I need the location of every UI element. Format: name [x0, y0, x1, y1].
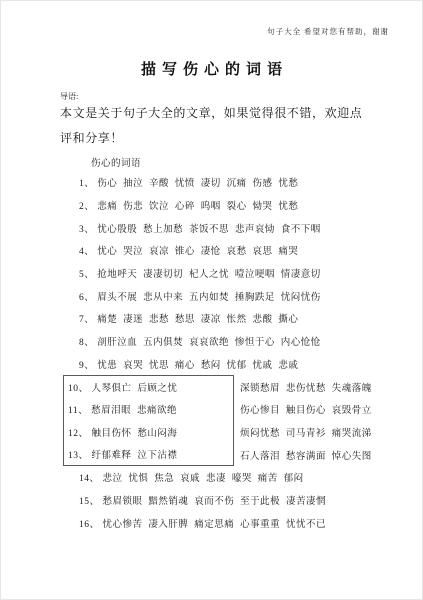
- list-item: 11、愁眉泪眼 悲痛欲绝伤心惨目 触目伤心 哀毁骨立: [63, 398, 414, 421]
- item-text: 抢地呼天 凄凄切切 杞人之忧 噎泣哽咽 情凄意切: [97, 266, 321, 280]
- item-number: 9、: [79, 357, 94, 371]
- list-item: 7、痛楚 凄迷 悲愁 愁思 凄凉 怅然 悲酸 撕心: [63, 307, 414, 330]
- list-item: 6、眉头不展 悲从中来 五内如焚 捶胸跌足 忧闷忧伤: [63, 284, 414, 307]
- item-number: 15、: [79, 493, 100, 507]
- list-item: 14、悲泣 忧惧 焦急 哀戚 悲凄 嚎哭 痛苦 郁闷: [63, 466, 414, 489]
- item-text: 痛楚 凄迷 悲愁 愁思 凄凉 怅然 悲酸 撕心: [97, 311, 298, 325]
- list-item: 8、剖肝泣血 五内俱焚 哀哀欲绝 惨怛于心 内心怆怆: [63, 330, 414, 353]
- item-text: 忧心惨苦 凄入肝脾 痛定思痛 心事重重 忧忧不已: [103, 516, 327, 530]
- item-number: 3、: [79, 221, 94, 235]
- item-text: 愁眉锁眼 黯然销魂 哀而不伤 至于此极 凄苦凄惘: [103, 493, 327, 507]
- item-number: 12、: [68, 425, 89, 439]
- boxed-segment: 10、人琴俱亡 后顾之忧: [63, 375, 234, 398]
- item-number: 16、: [79, 516, 100, 530]
- item-text: 伤心惨目 触目伤心 哀毁骨立: [240, 402, 372, 416]
- item-number: 7、: [79, 311, 94, 325]
- list-item: 3、忧心殷殷 愁上加愁 茶饭不思 悲声哀恸 食不下咽: [63, 216, 414, 239]
- list-item: 1、伤心 抽泣 辛酸 忧愤 凄切 沉痛 伤感 忧愁: [63, 171, 414, 194]
- item-number: 4、: [79, 243, 94, 257]
- intro-text-line-2: 评和分享！: [60, 129, 123, 146]
- item-number: 8、: [79, 334, 94, 348]
- item-text: 悲痛 伤悲 饮泣 心碎 呜咽 裂心 恸哭 忧愁: [97, 198, 298, 212]
- list-item: 10、人琴俱亡 后顾之忧深锁愁眉 悲伤忧愁 失魂落魄: [63, 375, 414, 398]
- item-text: 忧心殷殷 愁上加愁 茶饭不思 悲声哀恸 食不下咽: [97, 221, 321, 235]
- item-number: 13、: [68, 447, 89, 461]
- list-item: 16、忧心惨苦 凄入肝脾 痛定思痛 心事重重 忧忧不已: [63, 511, 414, 534]
- page-title: 描写伤心的词语: [1, 58, 422, 79]
- list-item: 15、愁眉锁眼 黯然销魂 哀而不伤 至于此极 凄苦凄惘: [63, 489, 414, 512]
- item-text: 忧患 哀哭 忧思 痛心 愁闷 忧郁 忧戚 悲戚: [97, 357, 298, 371]
- item-number: 11、: [68, 402, 88, 416]
- list-item: 5、抢地呼天 凄凄切切 杞人之忧 噎泣哽咽 情凄意切: [63, 262, 414, 285]
- list-item: 12、触目伤怀 愁山闷海烦闷忧愁 司马青衫 痛哭流涕: [63, 421, 414, 444]
- item-text: 石人落泪 愁容满面 悼心失图: [240, 448, 372, 462]
- section-heading: 伤心的词语: [91, 155, 141, 169]
- item-text: 烦闷忧愁 司马青衫 痛哭流涕: [240, 425, 372, 439]
- boxed-item-text: 人琴俱亡 后顾之忧: [92, 380, 178, 394]
- boxed-item-text: 触目伤怀 愁山闷海: [92, 425, 178, 439]
- list-item: 13、纡郁难释 泣下沾襟石人落泪 愁容满面 悼心失图: [63, 443, 414, 466]
- item-text: 深锁愁眉 悲伤忧愁 失魂落魄: [240, 380, 372, 394]
- boxed-segment: 13、纡郁难释 泣下沾襟: [63, 443, 234, 466]
- boxed-segment: 11、愁眉泪眼 悲痛欲绝: [63, 398, 234, 421]
- item-text: 剖肝泣血 五内俱焚 哀哀欲绝 惨怛于心 内心怆怆: [97, 334, 321, 348]
- item-text: 伤心 抽泣 辛酸 忧愤 凄切 沉痛 伤感 忧愁: [97, 175, 298, 189]
- item-number: 5、: [79, 266, 94, 280]
- word-list: 1、伤心 抽泣 辛酸 忧愤 凄切 沉痛 伤感 忧愁2、悲痛 伤悲 饮泣 心碎 呜…: [63, 171, 414, 534]
- boxed-item-text: 愁眉泪眼 悲痛欲绝: [91, 402, 177, 416]
- item-text: 悲泣 忧惧 焦急 哀戚 悲凄 嚎哭 痛苦 郁闷: [103, 470, 304, 484]
- document-page: 句子大全 希望对您有帮助，谢谢 描写伤心的词语 导语: 本文是关于句子大全的文章…: [0, 0, 423, 600]
- item-text: 忧心 哭泣 哀凉 锥心 凄怆 哀愁 哀思 痛哭: [97, 243, 298, 257]
- boxed-item-text: 纡郁难释 泣下沾襟: [92, 447, 178, 461]
- item-number: 6、: [79, 289, 94, 303]
- item-number: 1、: [79, 175, 94, 189]
- boxed-segment: 12、触目伤怀 愁山闷海: [63, 421, 234, 444]
- list-item: 4、忧心 哭泣 哀凉 锥心 凄怆 哀愁 哀思 痛哭: [63, 239, 414, 262]
- item-number: 2、: [79, 198, 94, 212]
- page-header-note: 句子大全 希望对您有帮助，谢谢: [267, 26, 389, 37]
- list-item: 9、忧患 哀哭 忧思 痛心 愁闷 忧郁 忧戚 悲戚: [63, 353, 414, 376]
- item-text: 眉头不展 悲从中来 五内如焚 捶胸跌足 忧闷忧伤: [97, 289, 321, 303]
- item-number: 14、: [79, 470, 100, 484]
- lead-label: 导语:: [60, 91, 78, 102]
- item-number: 10、: [68, 380, 89, 394]
- intro-text-line-1: 本文是关于句子大全的文章，如果觉得很不错，欢迎点: [60, 104, 362, 121]
- list-item: 2、悲痛 伤悲 饮泣 心碎 呜咽 裂心 恸哭 忧愁: [63, 194, 414, 217]
